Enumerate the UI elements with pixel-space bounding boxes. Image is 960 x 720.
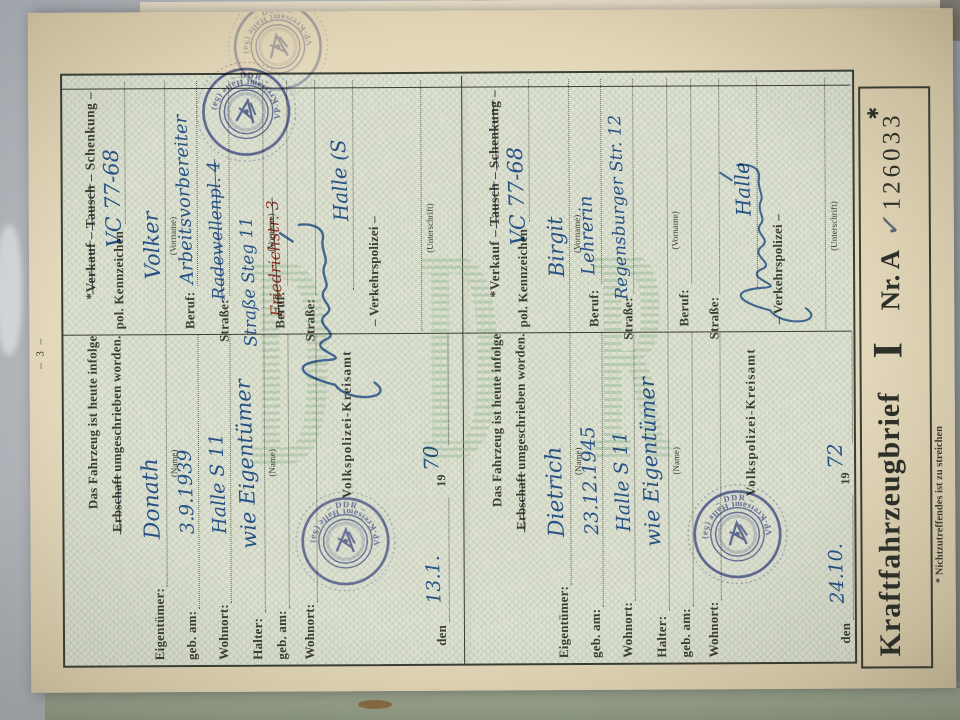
label-strasse: Straße: (217, 299, 232, 342)
stamp-vp-kreisamt-top: – DDR – VP-Kreisamt Halle (Sa) (182, 48, 310, 176)
label-wohnort: Wohnort: (621, 602, 636, 658)
field-kennzeichen: VC 77-68 (99, 149, 127, 248)
field-eigentuemer-name: Donath (138, 458, 166, 540)
footnote-star: * (83, 292, 98, 299)
label-erbschaft-worden: Erbschaft umgeschrieben worden. (513, 333, 529, 563)
title-roman-numeral: I (864, 342, 912, 359)
dotted-line (632, 79, 634, 294)
option-schenkung: Schenkung (486, 101, 502, 168)
dotted-line (164, 81, 166, 332)
field-kennzeichen: VC 77-68 (503, 146, 531, 245)
label-strasse: Straße: (621, 297, 636, 340)
dotted-line (568, 79, 570, 330)
field-geburtsdatum: 23.12.1945 (577, 426, 603, 536)
caption-vorname: (Vorname) (670, 211, 680, 249)
label-wohnort: Wohnort: (303, 604, 318, 660)
field-vorname: Birgit (543, 216, 569, 278)
header-verkauf-tausch-schenkung: *Verkauf – Tausch – Schenkung – (82, 92, 99, 300)
dotted-line (667, 333, 669, 611)
label-beruf: Beruf: (183, 292, 198, 329)
option-schenkung: Schenkung (82, 103, 97, 170)
label-19: 19 (435, 474, 449, 486)
field-halter-zusatz: Straße Steg 11 (237, 216, 262, 347)
field-halter-name: wie Eigentümer (635, 377, 666, 547)
option-erbschaft: Erbschaft (110, 475, 125, 532)
field-jahr: 72 (823, 443, 848, 469)
label-geb-am: geb. am: (185, 611, 200, 660)
field-jahr: 70 (419, 445, 444, 471)
signature-scribble (274, 186, 405, 427)
field-datum: 24.10. (824, 543, 848, 604)
option-erbschaft: Erbschaft (514, 473, 529, 530)
dotted-line (601, 333, 603, 607)
caption-name: (Name) (267, 449, 277, 477)
backdrop-light-streak (0, 225, 22, 355)
field-datum: 13.1. (422, 555, 446, 604)
field-strasse-gestrichen: Radewellenpl. 4 (204, 161, 230, 300)
stamp-vp-kreisamt-bottom: – DDR – VP-Kreisamt Halle (Sa) (287, 483, 404, 600)
dotted-line (690, 78, 692, 283)
option-tausch: Tausch (83, 185, 99, 228)
document-paper: – 3 – D D R Das Fahrzeug ist heute infol… (28, 8, 957, 693)
brown-spot-on-page (358, 700, 392, 709)
dotted-line (447, 334, 449, 445)
entry-section-2: Das Fahrzeug ist heute infolge *Verkauf … (464, 74, 853, 666)
page-number: – 3 – (34, 303, 47, 403)
caption-name: (Name) (671, 447, 681, 475)
label-geb-am: geb. am: (275, 610, 290, 659)
field-geburtsdatum: 3.9.1939 (174, 449, 199, 534)
label-beruf: Beruf: (677, 289, 692, 326)
field-vorname: Volker (139, 211, 166, 280)
dotted-line (666, 79, 668, 330)
label-volkspolizei-kreisamt: Volkspolizei-Kreisamt (743, 348, 759, 496)
serial-number: 126033 (878, 111, 907, 210)
label-eigentuemer: Eigentümer: (153, 588, 168, 660)
dotted-line (569, 333, 571, 585)
dotted-line (448, 498, 450, 622)
label-halter: Halter: (251, 618, 266, 660)
label-beruf: Beruf: (587, 290, 602, 327)
dotted-line (197, 335, 199, 609)
title-nr-label: Nr. A (875, 250, 906, 311)
label-den: den (839, 623, 854, 644)
dotted-line (600, 79, 602, 284)
dotted-line (263, 335, 265, 613)
footnote: * Nichtzutreffendes ist zu streichen (934, 426, 946, 583)
field-wohnort: Halle S 11 (205, 433, 231, 534)
option-verkauf: Verkauf (83, 243, 99, 293)
label-geb-am: geb. am: (679, 608, 694, 657)
dotted-line (633, 333, 635, 601)
label-fahrzeug-infolge: Das Fahrzeug ist heute infolge (85, 336, 101, 566)
option-verkauf: Verkauf (487, 241, 502, 291)
header-verkauf-tausch-schenkung: *Verkauf – Tausch – Schenkung – (486, 90, 503, 298)
document-title: Kraftfahrzeugbrief (873, 392, 908, 657)
field-wohnort: Halle S 11 (609, 431, 635, 532)
field-strasse: Regensburger Str. 12 (605, 114, 632, 300)
dotted-line (420, 80, 422, 331)
label-19: 19 (839, 472, 853, 484)
stamp-vp-kreisamt-bottom: – DDR – VP-Kreisamt Halle (Sa) (676, 473, 798, 595)
check-mark: ✓ (872, 211, 908, 239)
signature-scribble (714, 129, 833, 350)
footnote-star: * (487, 290, 502, 297)
photo-of-kraftfahrzeugbrief: – 3 – D D R Das Fahrzeug ist heute infol… (0, 0, 960, 720)
label-fahrzeug-infolge: Das Fahrzeug ist heute infolge (489, 333, 505, 563)
label-geb-am: geb. am: (589, 609, 604, 658)
field-eigentuemer-name: Dietrich (541, 446, 570, 538)
dotted-line (229, 335, 231, 603)
option-tausch: Tausch (487, 183, 503, 226)
label-erbschaft-worden: Erbschaft umgeschrieben worden. (109, 335, 125, 565)
label-eigentuemer: Eigentümer: (557, 586, 572, 658)
asterisk-symbol: ✱ (864, 107, 882, 120)
dotted-line (165, 335, 167, 587)
label-wohnort: Wohnort: (217, 604, 232, 660)
caption-unterschrift: (Unterschrift) (425, 203, 435, 253)
field-halter-name: wie Eigentümer (231, 379, 262, 549)
label-wohnort: Wohnort: (707, 602, 722, 658)
label-den: den (435, 625, 450, 646)
label-halter: Halter: (655, 616, 670, 658)
field-beruf: Lehrerin (575, 195, 599, 275)
entry-section-1: Das Fahrzeug ist heute infolge *Verkauf … (60, 76, 464, 668)
